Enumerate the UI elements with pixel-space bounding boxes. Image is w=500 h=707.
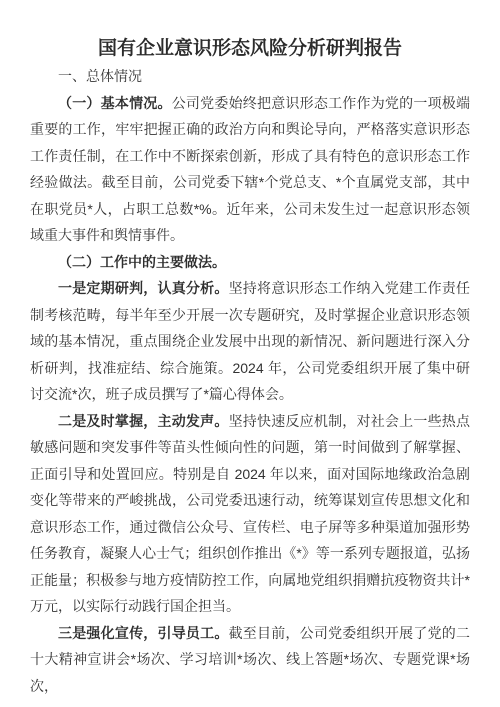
bold-text-run: （二）工作中的主要做法。 (58, 254, 226, 270)
text-run: 一、总体情况 (58, 68, 142, 84)
bold-text-run: 三是强化宣传，引导员工。 (58, 625, 229, 641)
section-heading: 一、总体情况 (30, 63, 470, 90)
text-run: 坚持快速反应机制，对社会上一些热点敏感问题和突发事件等苗头性倾向性的问题，第一时… (30, 413, 470, 615)
document-page: 国有企业意识形态风险分析研判报告 一、总体情况（一）基本情况。公司党委始终把意识… (0, 0, 500, 707)
bold-text-run: （一）基本情况。 (58, 95, 172, 111)
paragraph: 二是及时掌握，主动发声。坚持快速反应机制，对社会上一些热点敏感问题和突发事件等苗… (30, 408, 470, 620)
bold-text-run: 一是定期研判，认真分析。 (58, 280, 229, 296)
bold-text-run: 二是及时掌握，主动发声。 (58, 413, 229, 429)
text-run: 公司党委始终把意识形态工作作为党的一项极端重要的工作，牢牢把握正确的政治方向和舆… (30, 95, 470, 244)
paragraph: （二）工作中的主要做法。 (30, 249, 470, 276)
document-body: 一、总体情况（一）基本情况。公司党委始终把意识形态工作作为党的一项极端重要的工作… (30, 63, 470, 699)
paragraph: （一）基本情况。公司党委始终把意识形态工作作为党的一项极端重要的工作，牢牢把握正… (30, 90, 470, 249)
paragraph: 三是强化宣传，引导员工。截至目前，公司党委组织开展了党的二十大精神宣讲会*场次、… (30, 620, 470, 700)
text-run: 坚持将意识形态工作纳入党建工作责任制考核范畴，每半年至少开展一次专题研究，及时掌… (30, 280, 470, 402)
page-title: 国有企业意识形态风险分析研判报告 (30, 36, 470, 62)
paragraph: 一是定期研判，认真分析。坚持将意识形态工作纳入党建工作责任制考核范畴，每半年至少… (30, 275, 470, 408)
